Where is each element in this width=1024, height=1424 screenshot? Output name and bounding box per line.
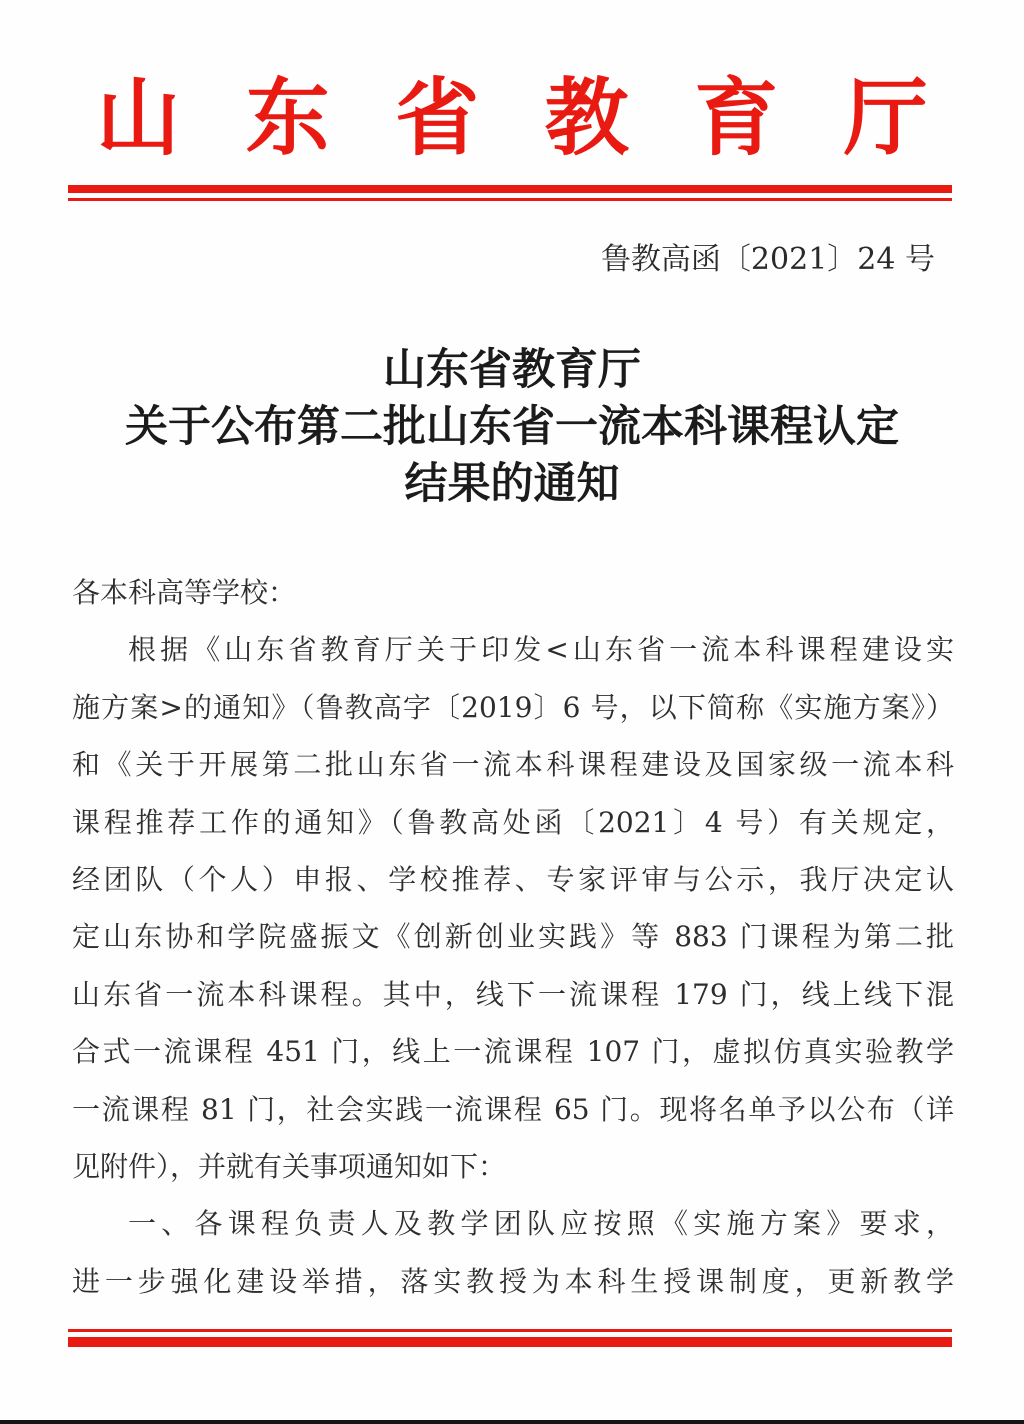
letterhead-agency-name: 山东省教育厅 [0, 68, 1024, 168]
body-text-line: 一、各课程负责人及教学团队应按照《实施方案》要求， [72, 1195, 954, 1252]
body-text-line: 山东省一流本科课程。其中，线下一流课程 179 门，线上线下混 [72, 966, 954, 1023]
body-text-line: 各本科高等学校： [72, 564, 954, 621]
body-text-line: 和《关于开展第二批山东省一流本科课程建设及国家级一流本科 [72, 736, 954, 793]
scan-bottom-edge [0, 1420, 1024, 1424]
letterhead-rule-thin [68, 198, 952, 201]
document-title-line-1: 山东省教育厅 [0, 342, 1024, 399]
body-text-line: 合式一流课程 451 门，线上一流课程 107 门，虚拟仿真实验教学 [72, 1023, 954, 1080]
letterhead-rule-thick [68, 185, 952, 193]
document-number: 鲁教高函〔2021〕24 号 [601, 243, 935, 277]
body-text-line: 根据《山东省教育厅关于印发<山东省一流本科课程建设实 [72, 621, 954, 678]
body-text-line: 见附件），并就有关事项通知如下： [72, 1138, 954, 1195]
body-text-line: 进一步强化建设举措，落实教授为本科生授课制度，更新教学 [72, 1253, 954, 1310]
body-text-line: 定山东协和学院盛振文《创新创业实践》等 883 门课程为第二批 [72, 908, 954, 965]
document-page: 山东省教育厅 鲁教高函〔2021〕24 号 山东省教育厅 关于公布第二批山东省一… [0, 0, 1024, 1424]
body-text-line: 经团队（个人）申报、学校推荐、专家评审与公示，我厅决定认 [72, 851, 954, 908]
document-title-line-2: 关于公布第二批山东省一流本科课程认定 [0, 399, 1024, 456]
body-text-line: 一流课程 81 门，社会实践一流课程 65 门。现将名单予以公布（详 [72, 1081, 954, 1138]
document-title-line-3: 结果的通知 [0, 456, 1024, 513]
body-text-line: 施方案>的通知》（鲁教高字〔2019〕6 号，以下简称《实施方案》） [72, 679, 954, 736]
footer-rule-thick [68, 1337, 952, 1347]
body-text-line: 课程推荐工作的通知》（鲁教高处函〔2021〕4 号）有关规定， [72, 794, 954, 851]
body-lines: 各本科高等学校：根据《山东省教育厅关于印发<山东省一流本科课程建设实施方案>的通… [72, 564, 954, 1310]
footer-rule-thin [68, 1329, 952, 1332]
document-title: 山东省教育厅 关于公布第二批山东省一流本科课程认定 结果的通知 [0, 342, 1024, 513]
